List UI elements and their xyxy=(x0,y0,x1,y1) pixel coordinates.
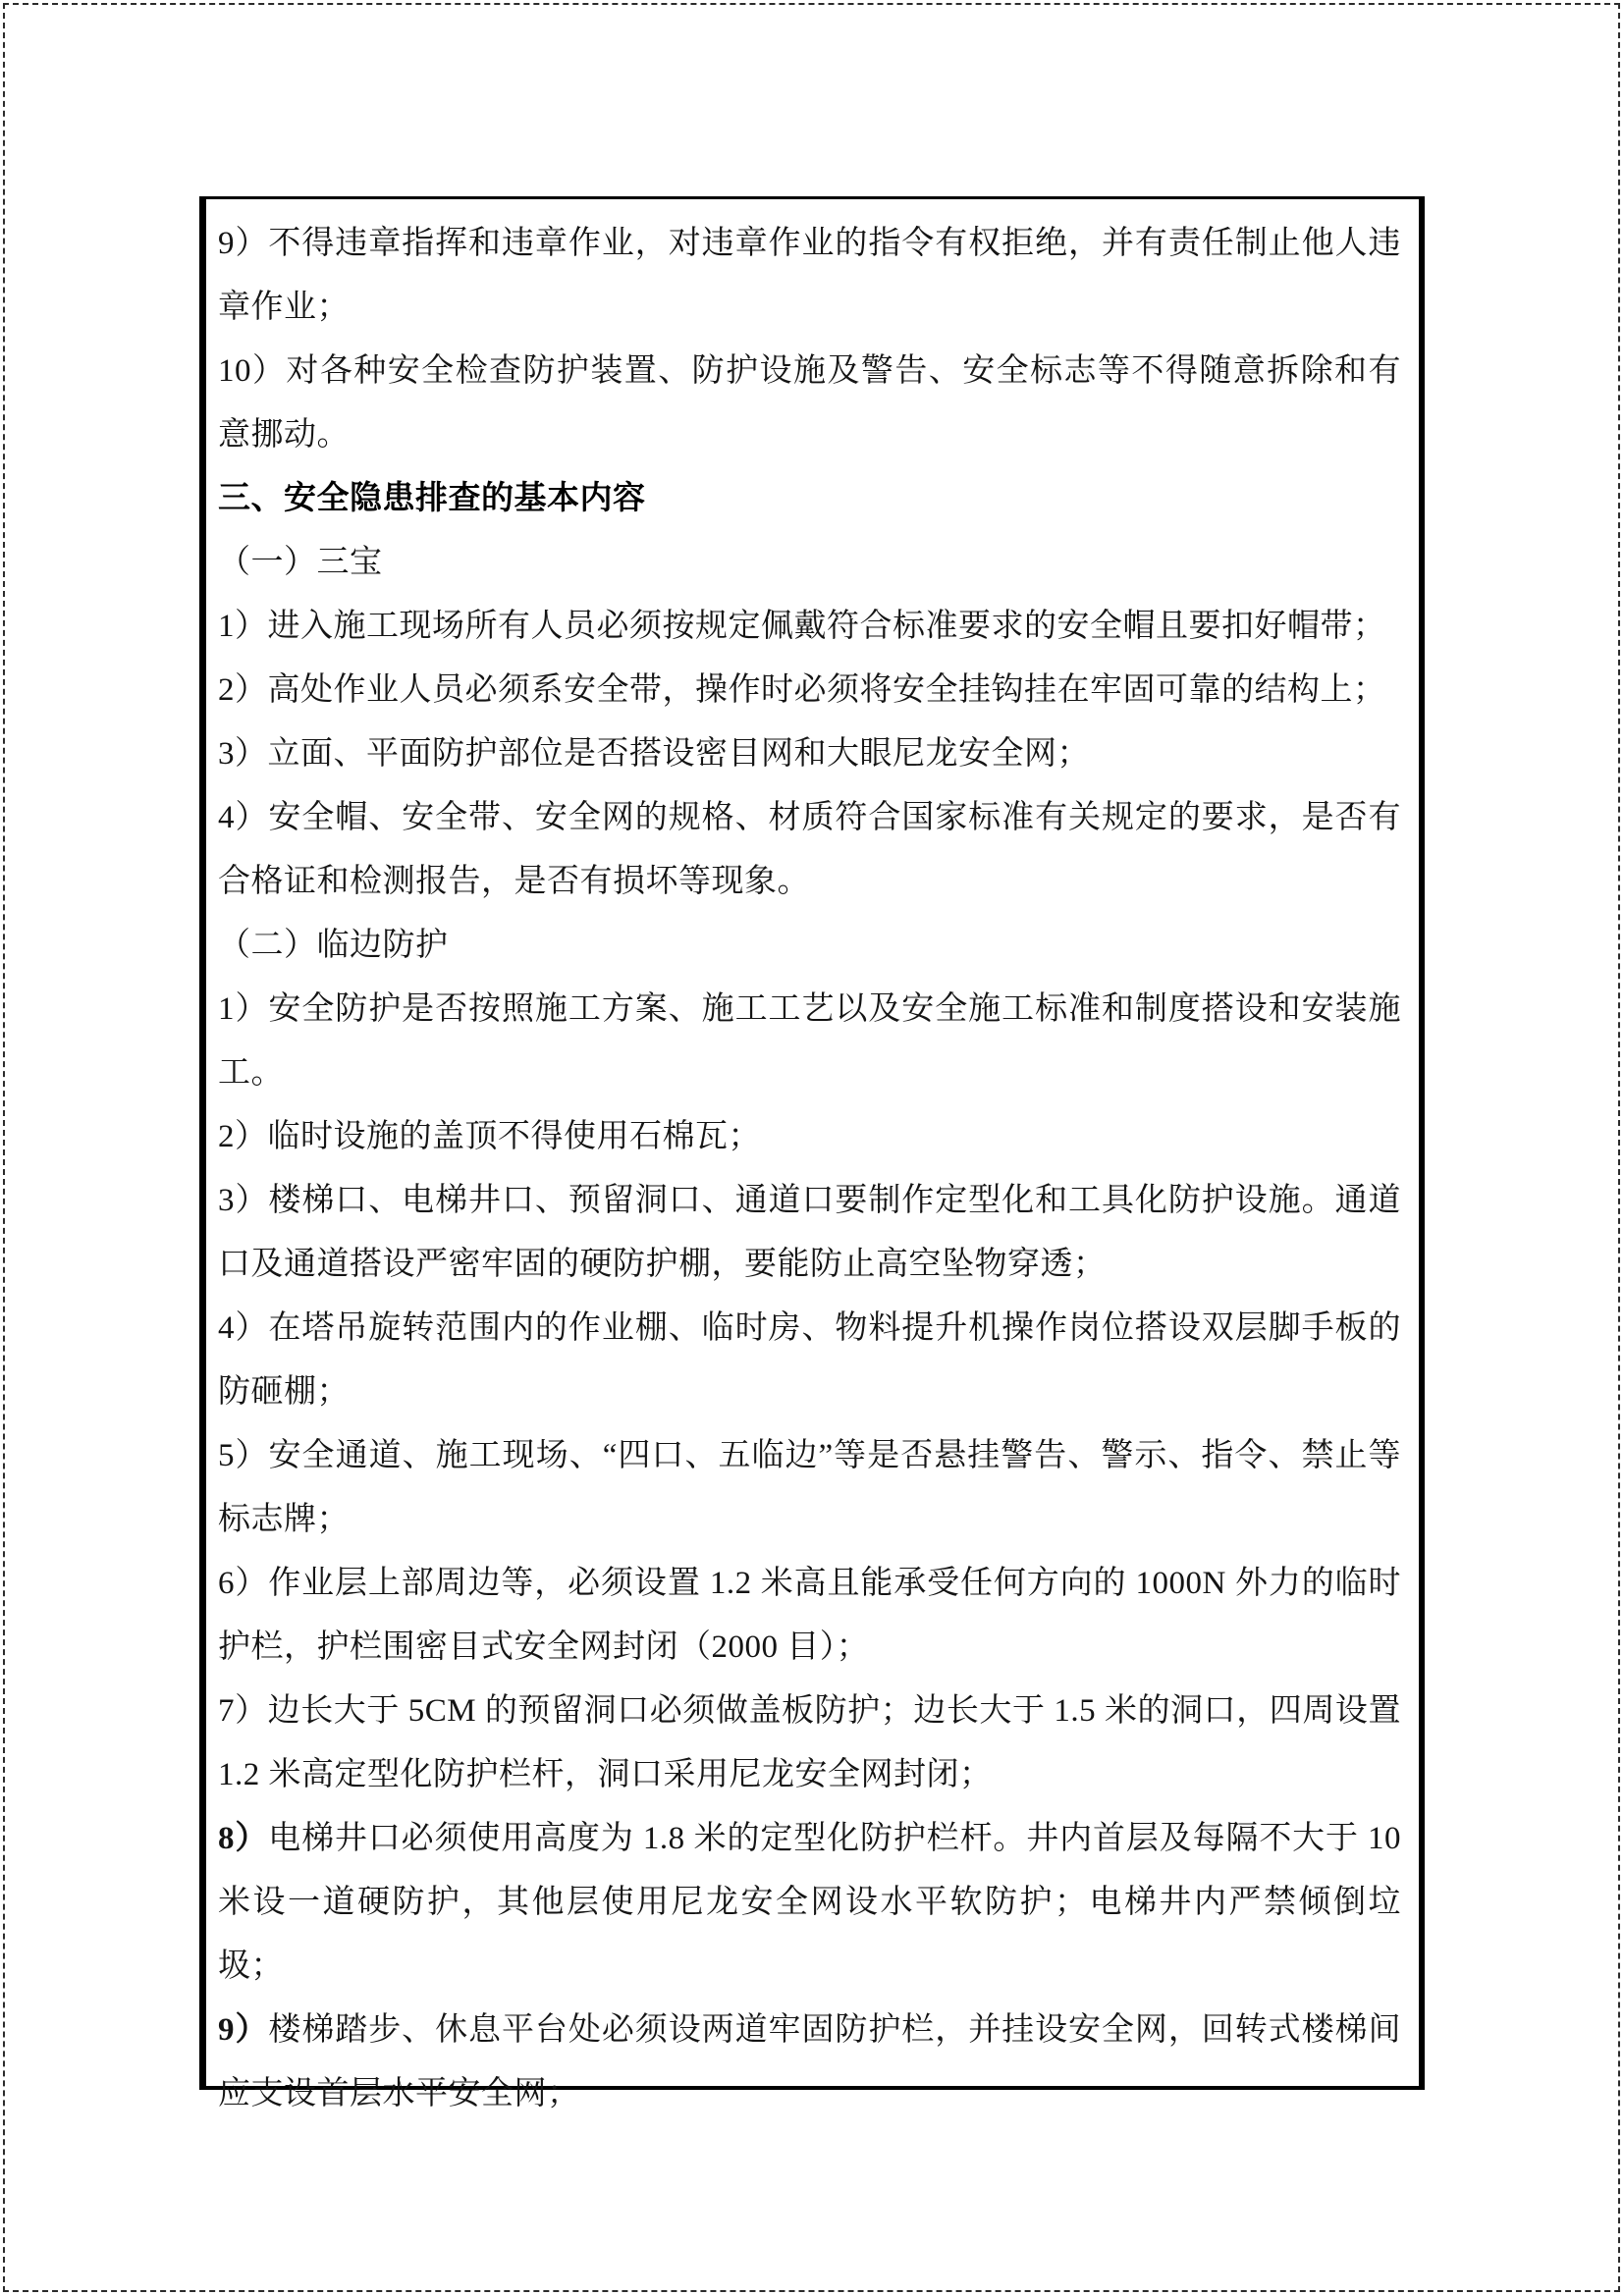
paragraph: 5）安全通道、施工现场、“四口、五临边”等是否悬挂警告、警示、指令、禁止等标志牌… xyxy=(218,1424,1401,1552)
paragraph: 9）不得违章指挥和违章作业，对违章作业的指令有权拒绝，并有责任制止他人违章作业； xyxy=(218,212,1401,340)
paragraph: 3）楼梯口、电梯井口、预留洞口、通道口要制作定型化和工具化防护设施。通道口及通道… xyxy=(218,1169,1401,1297)
paragraph-text: 1）进入施工现场所有人员必须按规定佩戴符合标准要求的安全帽且要扣好帽带； xyxy=(218,609,1386,644)
paragraph: （二）临边防护 xyxy=(218,914,1401,978)
paragraph-text: （一）三宝 xyxy=(218,545,383,580)
paragraph-text: 楼梯踏步、休息平台处必须设两道牢固防护栏，并挂设安全网，回转式楼梯间应支设首层水… xyxy=(218,2012,1401,2111)
paragraph-text: 电梯井口必须使用高度为 1.8 米的定型化防护栏杆。井内首层及每隔不大于 10 … xyxy=(218,1821,1401,1984)
paragraph: 8）电梯井口必须使用高度为 1.8 米的定型化防护栏杆。井内首层及每隔不大于 1… xyxy=(218,1807,1401,1999)
paragraph-text: 10）对各种安全检查防护装置、防护设施及警告、安全标志等不得随意拆除和有意挪动。 xyxy=(218,353,1401,453)
paragraph-text: 6）作业层上部周边等，必须设置 1.2 米高且能承受任何方向的 1000N 外力… xyxy=(218,1566,1401,1665)
paragraph-text: 1）安全防护是否按照施工方案、施工工艺以及安全施工标准和制度搭设和安装施工。 xyxy=(218,991,1401,1091)
paragraph-text: 4）在塔吊旋转范围内的作业棚、临时房、物料提升机操作岗位搭设双层脚手板的防砸棚； xyxy=(218,1310,1401,1410)
paragraph: 9）楼梯踏步、休息平台处必须设两道牢固防护栏，并挂设安全网，回转式楼梯间应支设首… xyxy=(218,1999,1401,2126)
document-page: 9）不得违章指挥和违章作业，对违章作业的指令有权拒绝，并有责任制止他人违章作业；… xyxy=(0,0,1624,2296)
paragraph-text: 5）安全通道、施工现场、“四口、五临边”等是否悬挂警告、警示、指令、禁止等标志牌… xyxy=(218,1438,1401,1537)
paragraph-text: 三、安全隐患排查的基本内容 xyxy=(218,481,646,516)
paragraph: （一）三宝 xyxy=(218,531,1401,595)
paragraph-text: 2）临时设施的盖顶不得使用石棉瓦； xyxy=(218,1119,761,1154)
paragraph-text: （二）临边防护 xyxy=(218,928,449,963)
paragraph: 4）安全帽、安全带、安全网的规格、材质符合国家标准有关规定的要求，是否有合格证和… xyxy=(218,786,1401,914)
paragraph-text: 9）不得违章指挥和违章作业，对违章作业的指令有权拒绝，并有责任制止他人违章作业； xyxy=(218,226,1401,325)
paragraph: 6）作业层上部周边等，必须设置 1.2 米高且能承受任何方向的 1000N 外力… xyxy=(218,1552,1401,1680)
paragraph: 2）高处作业人员必须系安全带，操作时必须将安全挂钩挂在牢固可靠的结构上； xyxy=(218,659,1401,722)
paragraph: 1）进入施工现场所有人员必须按规定佩戴符合标准要求的安全帽且要扣好帽带； xyxy=(218,595,1401,659)
paragraph-text: 4）安全帽、安全带、安全网的规格、材质符合国家标准有关规定的要求，是否有合格证和… xyxy=(218,800,1401,899)
paragraph: 2）临时设施的盖顶不得使用石棉瓦； xyxy=(218,1105,1401,1169)
content-cell: 9）不得违章指挥和违章作业，对违章作业的指令有权拒绝，并有责任制止他人违章作业；… xyxy=(199,196,1425,2090)
paragraph: 三、安全隐患排查的基本内容 xyxy=(218,467,1401,531)
paragraph: 7）边长大于 5CM 的预留洞口必须做盖板防护；边长大于 1.5 米的洞口，四周… xyxy=(218,1680,1401,1807)
paragraph-list: 9）不得违章指挥和违章作业，对违章作业的指令有权拒绝，并有责任制止他人违章作业；… xyxy=(218,212,1401,2126)
paragraph: 10）对各种安全检查防护装置、防护设施及警告、安全标志等不得随意拆除和有意挪动。 xyxy=(218,340,1401,467)
paragraph: 4）在塔吊旋转范围内的作业棚、临时房、物料提升机操作岗位搭设双层脚手板的防砸棚； xyxy=(218,1297,1401,1424)
paragraph-number: 9） xyxy=(218,2012,268,2048)
paragraph: 3）立面、平面防护部位是否搭设密目网和大眼尼龙安全网； xyxy=(218,722,1401,786)
paragraph-text: 3）立面、平面防护部位是否搭设密目网和大眼尼龙安全网； xyxy=(218,736,1090,772)
paragraph: 1）安全防护是否按照施工方案、施工工艺以及安全施工标准和制度搭设和安装施工。 xyxy=(218,978,1401,1105)
paragraph-number: 8） xyxy=(218,1821,268,1856)
paragraph-text: 7）边长大于 5CM 的预留洞口必须做盖板防护；边长大于 1.5 米的洞口，四周… xyxy=(218,1693,1401,1792)
paragraph-text: 2）高处作业人员必须系安全带，操作时必须将安全挂钩挂在牢固可靠的结构上； xyxy=(218,672,1386,708)
paragraph-text: 3）楼梯口、电梯井口、预留洞口、通道口要制作定型化和工具化防护设施。通道口及通道… xyxy=(218,1183,1401,1282)
